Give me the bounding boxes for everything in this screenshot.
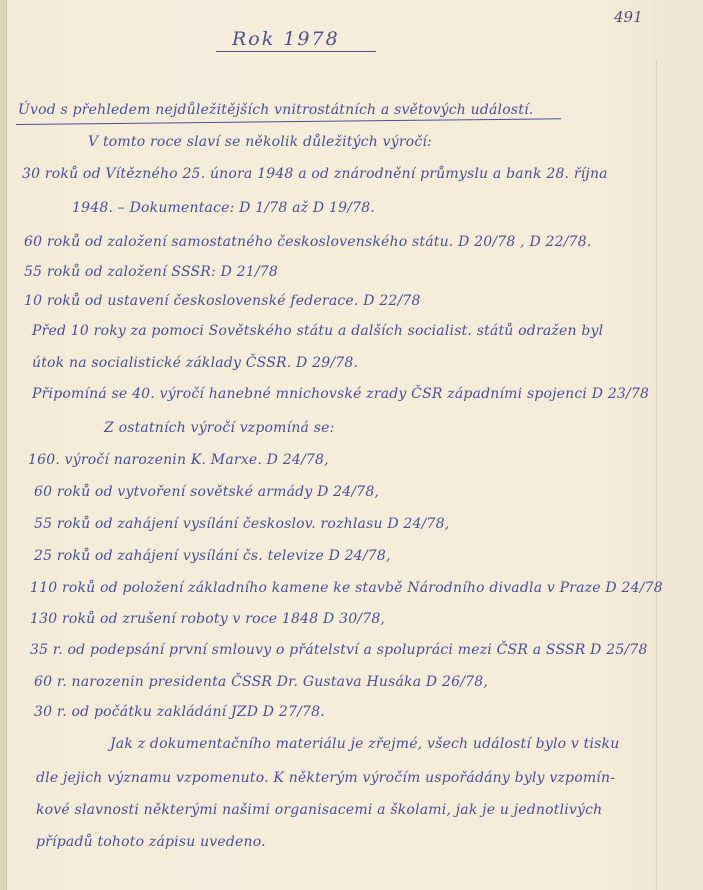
text-line: Jak z dokumentačního materiálu je zřejmé… [110,736,619,752]
text-line: 60 roků od založení samostatného českosl… [24,234,592,250]
text-line: 30 roků od Vítězného 25. února 1948 a od… [22,166,608,182]
text-line: dle jejich významu vzpomenuto. K některý… [36,770,615,786]
binding-edge [0,0,7,890]
text-line: 55 roků od zahájení vysílání českoslov. … [34,516,449,532]
text-line: 60 roků od vytvoření sovětské armády D 2… [34,484,379,500]
text-line: 55 roků od založení SSSR: D 21/78 [24,264,278,280]
text-line: Z ostatních výročí vzpomíná se: [104,420,335,436]
text-line: 30 r. od počátku zakládání JZD D 27/78. [34,704,325,720]
handwritten-chronicle-page: 491 Rok 1978 Úvod s přehledem nejdůležit… [0,0,703,890]
text-line: 1948. – Dokumentace: D 1/78 až D 19/78. [72,200,375,216]
text-line: 25 roků od zahájení vysílání čs. televiz… [34,548,391,564]
text-line: kové slavnosti některými našimi organisa… [36,802,602,818]
page-number: 491 [614,8,643,26]
text-line: případů tohoto zápisu uvedeno. [36,834,266,850]
text-line: Připomíná se 40. výročí hanebné mnichovs… [32,386,649,402]
text-line: 110 roků od položení základního kamene k… [30,580,663,596]
year-title: Rok 1978 [232,28,340,50]
year-title-underline [216,51,376,52]
text-line: V tomto roce slaví se několik důležitých… [88,134,432,150]
text-line: Před 10 roky za pomoci Sovětského státu … [32,323,603,339]
page-fold-line [656,60,657,890]
section-heading: Úvod s přehledem nejdůležitějších vnitro… [18,102,533,118]
text-line: útok na socialistické základy ČSSR. D 29… [32,355,358,371]
text-line: 10 roků od ustavení československé feder… [24,293,421,309]
text-line: 35 r. od podepsání první smlouvy o přáte… [30,642,648,658]
section-heading-underline [16,118,561,125]
text-line: 130 roků od zrušení roboty v roce 1848 D… [30,611,385,627]
text-line: 60 r. narozenin presidenta ČSSR Dr. Gust… [34,674,488,690]
text-line: 160. výročí narozenin K. Marxe. D 24/78, [28,452,329,468]
